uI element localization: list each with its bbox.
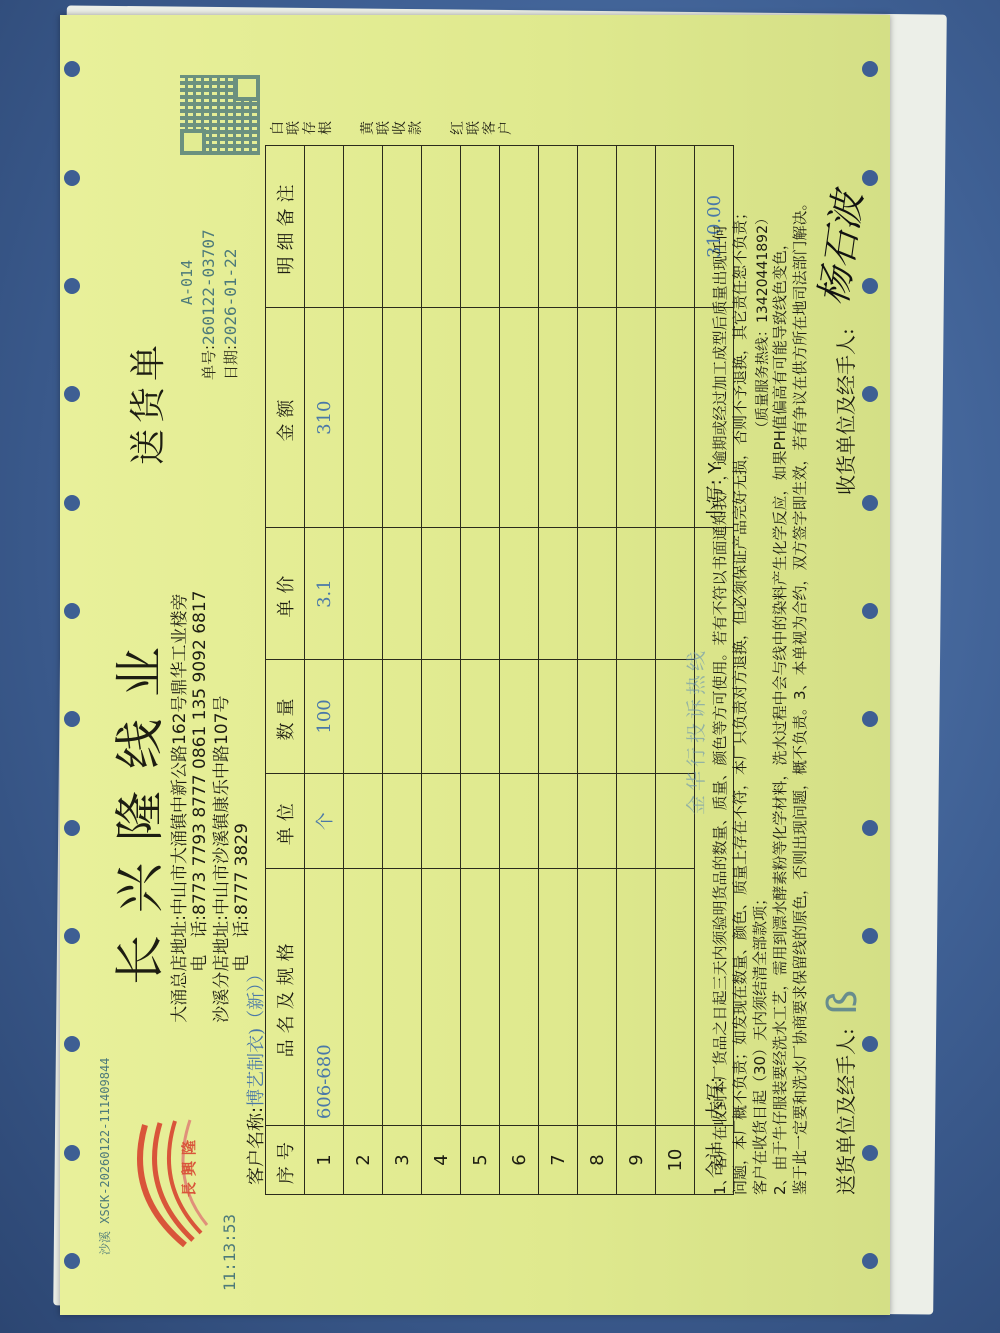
form-code: A-014 [178,260,196,305]
logo-text: 長興隆 [178,1134,199,1197]
table-row: 4 [422,146,461,1195]
tractor-holes-top [64,15,88,1315]
tractor-holes-bottom [862,15,886,1315]
col-name: 品名及规格 [266,869,305,1126]
col-qty: 数量 [266,659,305,773]
quality-hotline: （质量服务热线：13420441892） [752,211,772,435]
sender-handwritten-mark: ß [820,990,866,1015]
col-unit: 单位 [266,774,305,869]
copy-yellow: 黄联收款 [360,119,424,135]
col-seq: 序号 [266,1126,305,1195]
table-row: 9 [617,146,656,1195]
company-logo-icon [115,1115,215,1255]
table-row: 5 [461,146,500,1195]
phone-main: 电 话:8773 7793 8777 0861 135 9092 6817 [190,591,210,1065]
table-row: 7 [539,146,578,1195]
col-amount: 金额 [266,307,305,528]
receiver-signature-label: 收货单位及经手人: [830,328,859,495]
address-main: 大涌总店地址:中山市大涌镇中新公路162号鼎华工业楼旁 [170,594,190,1065]
table-row: 2 [344,146,383,1195]
copy-white: 白联存根 [270,119,334,135]
print-time: 11:13:53 [220,1214,239,1291]
document-type-title: 送货单 [120,339,171,465]
order-number: 单号:260122-03707 [198,229,219,380]
copy-red: 红联客户 [450,119,514,135]
table-header-row: 序号 品名及规格 单位 数量 单价 金额 明细备注 [266,146,305,1195]
blue-stamp: 金华行投诉热线 [680,647,709,815]
serial-line: 沙溪 XSCK-20260122-111409844 [96,1058,113,1255]
qr-code-icon [180,75,260,155]
table-row: 3 [383,146,422,1195]
address-branch: 沙溪分店地址:中山市沙溪镇康乐中路107号 [212,696,232,1065]
company-name: 长兴隆线业 [100,625,172,985]
items-table: 序号 品名及规格 单位 数量 单价 金额 明细备注 1606-680个1003.… [265,145,734,1195]
table-row: 8 [578,146,617,1195]
sender-signature-label: 送货单位及经手人: [830,1028,859,1195]
table-row: 6 [500,146,539,1195]
col-price: 单价 [266,528,305,659]
photo-frame: 沙溪 XSCK-20260122-111409844 長興隆 11:13:53 … [50,0,900,1333]
col-note: 明细备注 [266,146,305,308]
delivery-note-sheet: 沙溪 XSCK-20260122-111409844 長興隆 11:13:53 … [60,15,890,1315]
table-row: 1606-680个1003.1310 [305,146,344,1195]
order-date: 日期:2026-01-22 [220,249,241,380]
